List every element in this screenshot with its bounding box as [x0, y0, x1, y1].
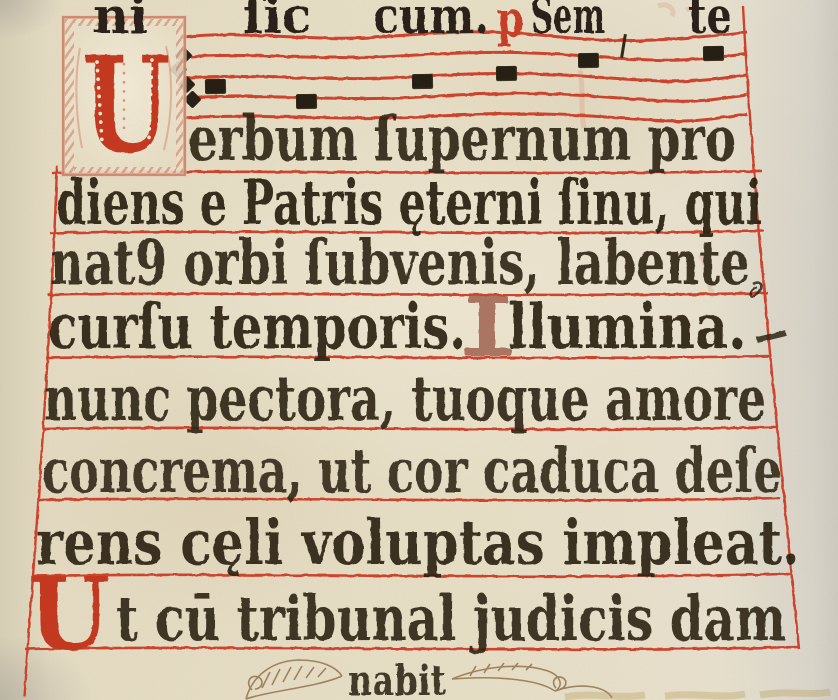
text-layer: ni ſic cum. p Sem te erbum ſupernum pro …: [0, 0, 838, 700]
manuscript-photo: U ni ſic cum. p Sem te erbum ſupernum pr…: [0, 0, 838, 700]
noise-overlay: [0, 0, 838, 700]
